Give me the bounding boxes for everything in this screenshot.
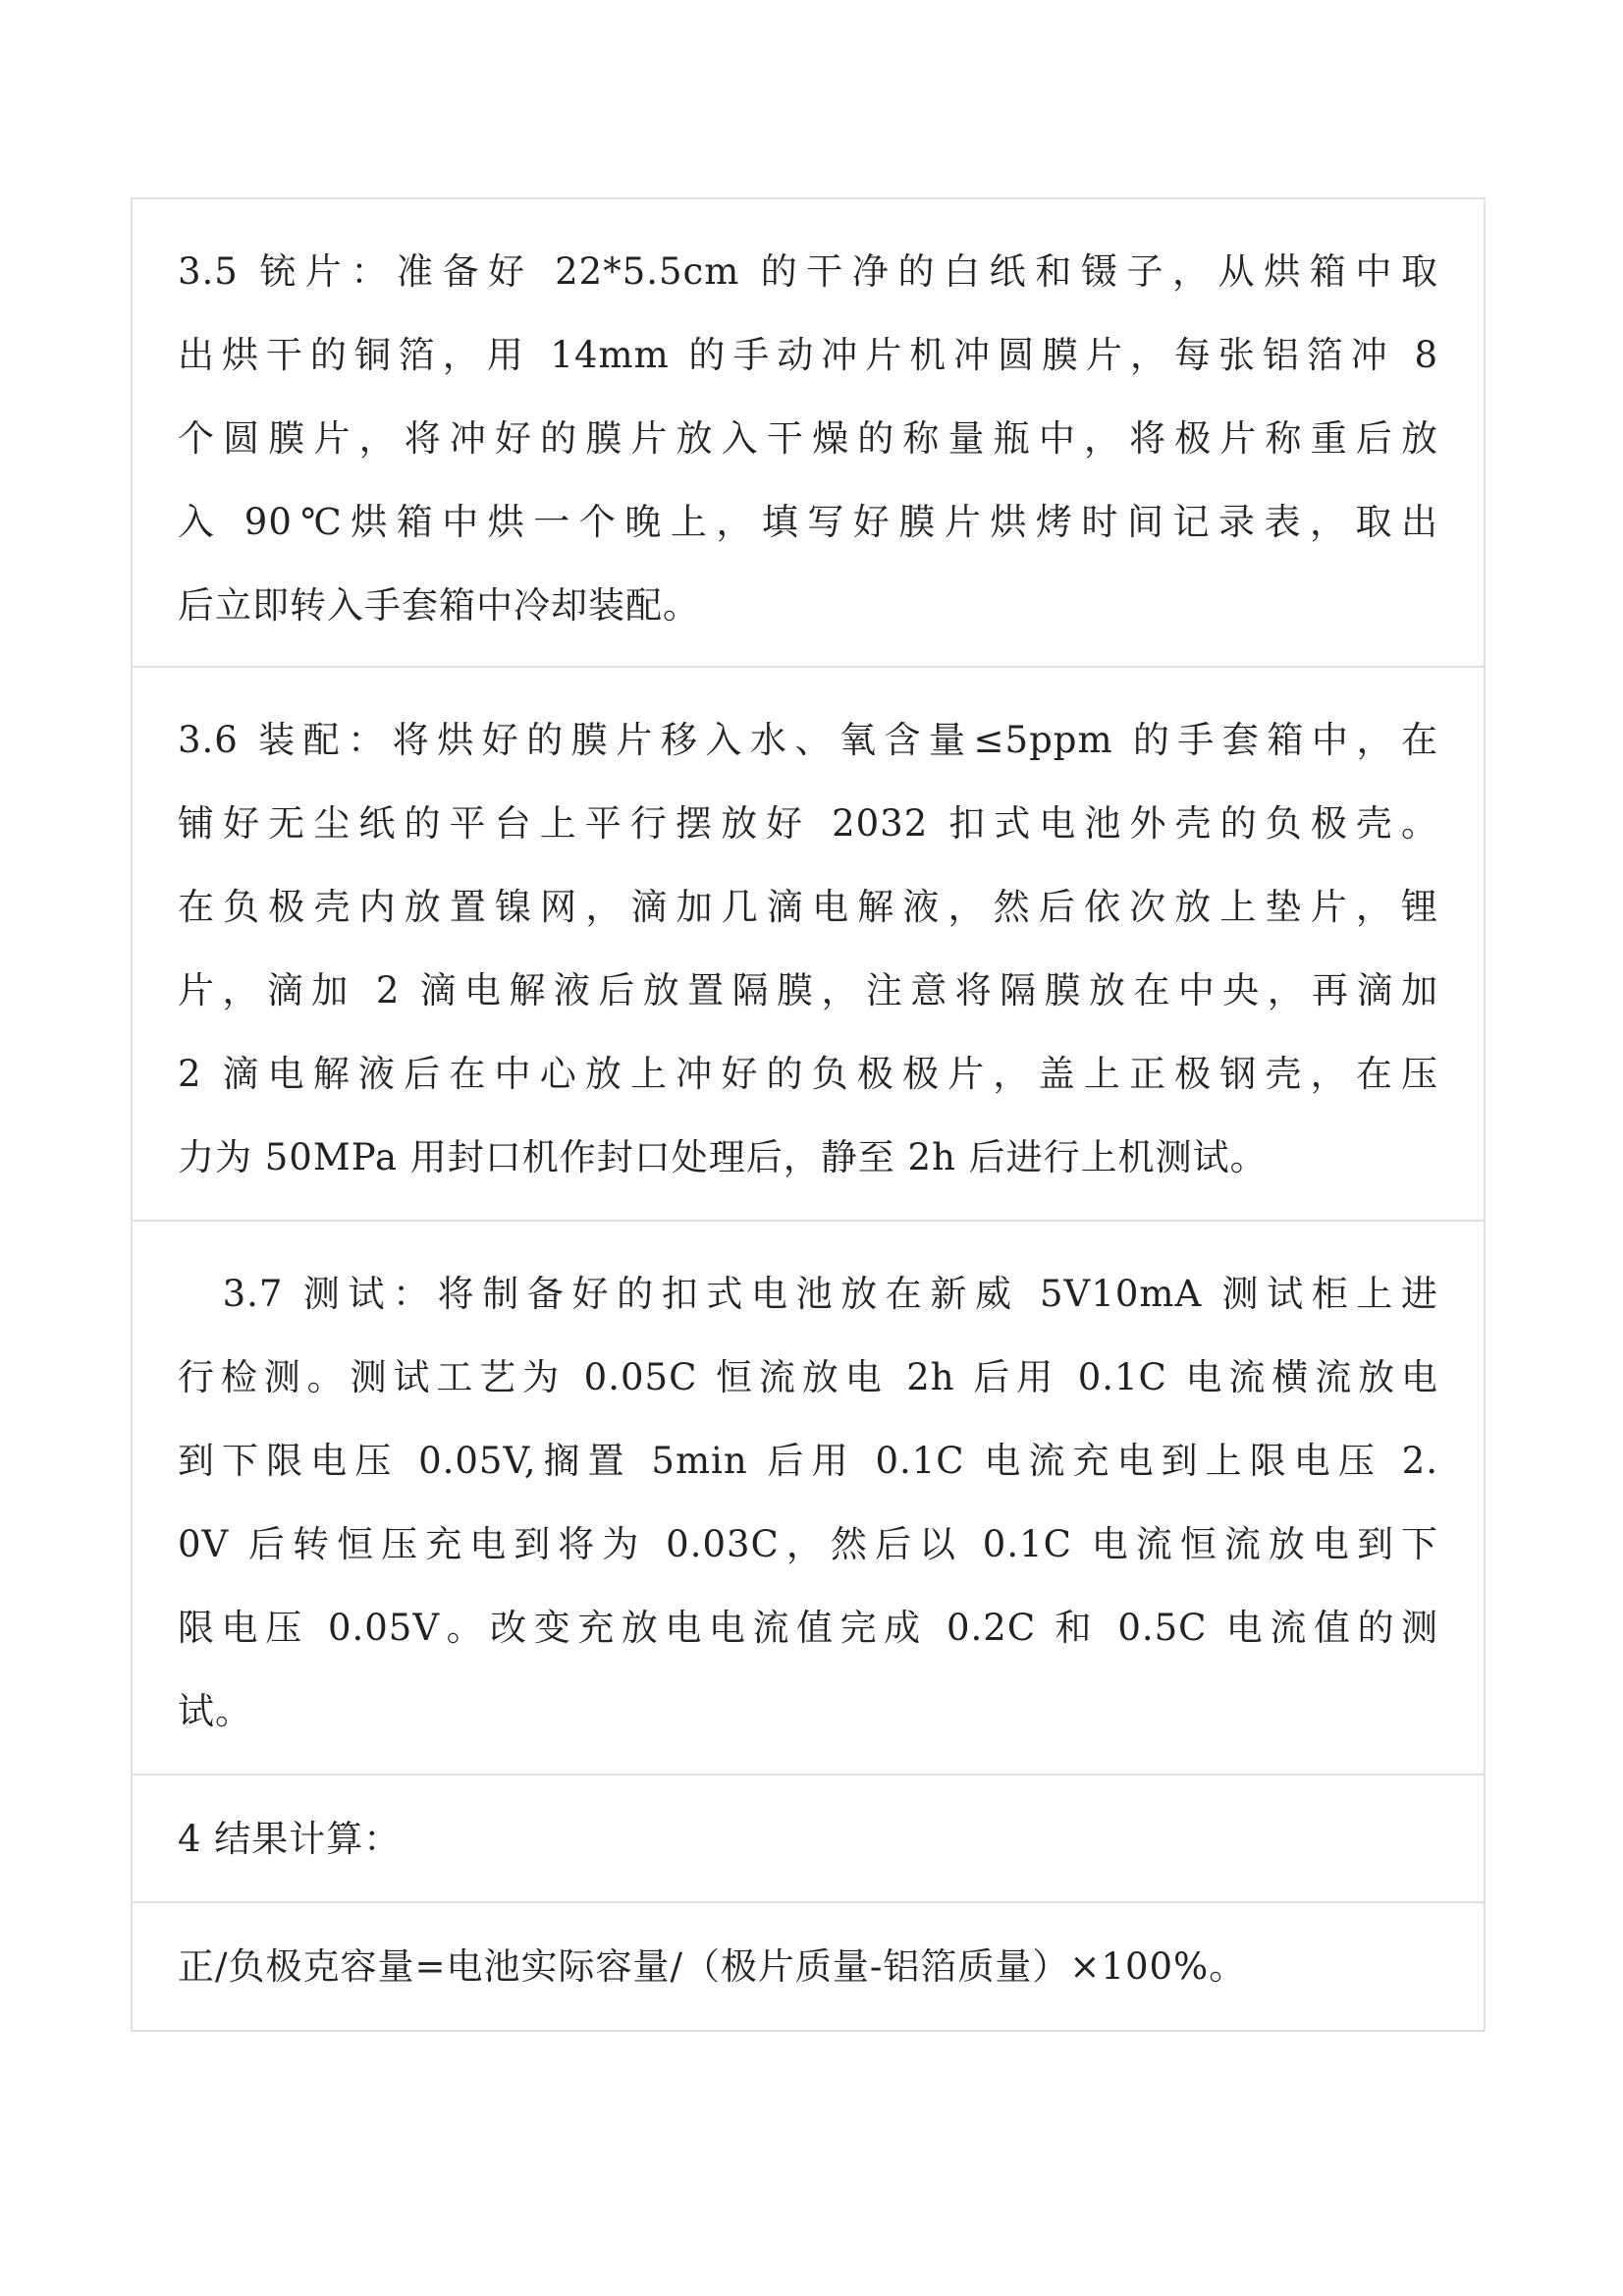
heading: 4 结果计算：	[178, 1797, 1438, 1881]
text-line: 4 结果计算：	[178, 1797, 1438, 1881]
text-line: 到下限电压 0.05V,搁置 5min 后用 0.1C 电流充电到上限电压 2.	[178, 1419, 1438, 1503]
text-line: 正/负极克容量=电池实际容量/（极片质量-铝箔质量）×100%。	[178, 1925, 1438, 2008]
text-line: 3.5 铳片：准备好 22*5.5cm 的干净的白纸和镊子，从烘箱中取	[178, 230, 1438, 313]
text-line: 后立即转入手套箱中冷却装配。	[178, 564, 1438, 647]
section-4-result-heading: 4 结果计算：	[133, 1776, 1484, 1903]
text-line: 3.7 测试：将制备好的扣式电池放在新威 5V10mA 测试柜上进	[178, 1252, 1438, 1336]
formula: 正/负极克容量=电池实际容量/（极片质量-铝箔质量）×100%。	[178, 1925, 1438, 2008]
paragraph: 3.6 装配：将烘好的膜片移入水、氧含量≤5ppm 的手套箱中，在 铺好无尘纸的…	[178, 698, 1438, 1199]
text-line: 0V 后转恒压充电到将为 0.03C，然后以 0.1C 电流恒流放电到下	[178, 1503, 1438, 1586]
text-line: 行检测。测试工艺为 0.05C 恒流放电 2h 后用 0.1C 电流横流放电	[178, 1336, 1438, 1419]
text-line: 力为 50MPa 用封口机作封口处理后，静至 2h 后进行上机测试。	[178, 1116, 1438, 1199]
paragraph: 3.7 测试：将制备好的扣式电池放在新威 5V10mA 测试柜上进 行检测。测试…	[178, 1252, 1438, 1753]
document-table: 3.5 铳片：准备好 22*5.5cm 的干净的白纸和镊子，从烘箱中取 出烘干的…	[131, 197, 1486, 2032]
text-line: 入 90℃烘箱中烘一个晚上，填写好膜片烘烤时间记录表，取出	[178, 480, 1438, 564]
text-line: 片，滴加 2 滴电解液后放置隔膜，注意将隔膜放在中央，再滴加	[178, 949, 1438, 1032]
text-line: 试。	[178, 1669, 1438, 1753]
paragraph: 3.5 铳片：准备好 22*5.5cm 的干净的白纸和镊子，从烘箱中取 出烘干的…	[178, 230, 1438, 647]
section-3-6-assembly: 3.6 装配：将烘好的膜片移入水、氧含量≤5ppm 的手套箱中，在 铺好无尘纸的…	[133, 668, 1484, 1222]
text-line: 限电压 0.05V。改变充放电电流值完成 0.2C 和 0.5C 电流值的测	[178, 1586, 1438, 1669]
section-3-7-testing: 3.7 测试：将制备好的扣式电池放在新威 5V10mA 测试柜上进 行检测。测试…	[133, 1222, 1484, 1776]
section-3-5-punching: 3.5 铳片：准备好 22*5.5cm 的干净的白纸和镊子，从烘箱中取 出烘干的…	[133, 199, 1484, 668]
text-line: 在负极壳内放置镍网，滴加几滴电解液，然后依次放上垫片，锂	[178, 865, 1438, 949]
text-line: 铺好无尘纸的平台上平行摆放好 2032 扣式电池外壳的负极壳。	[178, 782, 1438, 865]
text-line: 2 滴电解液后在中心放上冲好的负极极片，盖上正极钢壳，在压	[178, 1032, 1438, 1116]
text-line: 3.6 装配：将烘好的膜片移入水、氧含量≤5ppm 的手套箱中，在	[178, 698, 1438, 782]
text-line: 出烘干的铜箔，用 14mm 的手动冲片机冲圆膜片，每张铝箔冲 8	[178, 313, 1438, 397]
formula-row: 正/负极克容量=电池实际容量/（极片质量-铝箔质量）×100%。	[133, 1903, 1484, 2030]
text-line: 个圆膜片，将冲好的膜片放入干燥的称量瓶中，将极片称重后放	[178, 397, 1438, 480]
